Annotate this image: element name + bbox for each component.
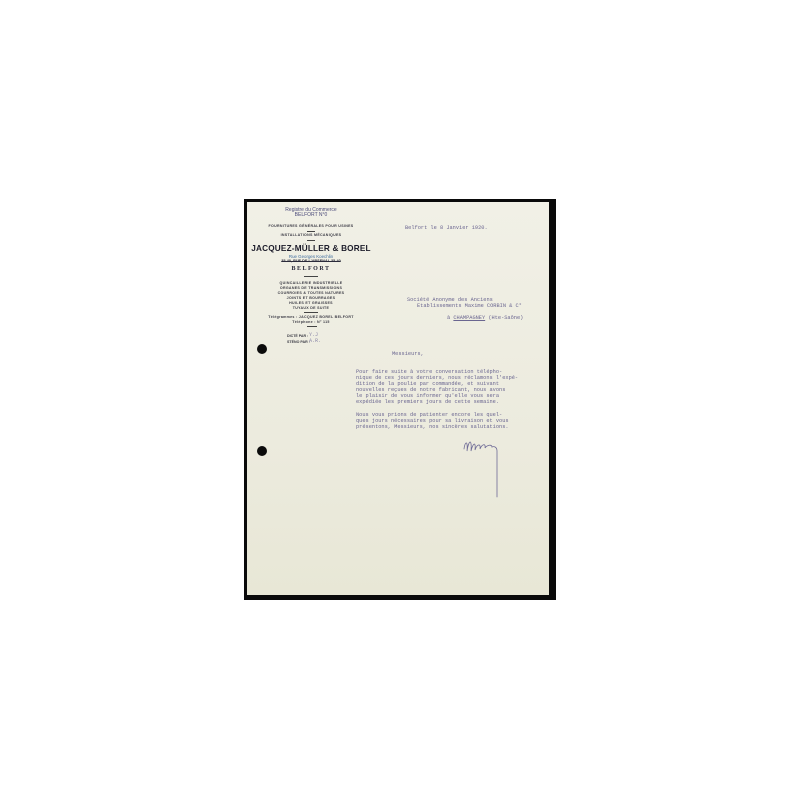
specialty-item: ORGANES DE TRANSMISSIONS (247, 286, 375, 290)
recipient-city: CHAMPAGNEY (453, 315, 485, 321)
divider (307, 240, 315, 241)
date-line: Belfort le 8 Janvier 1920. (405, 225, 488, 231)
typed-by-value: A.R. (309, 338, 321, 344)
telegram-address: Télégrammes : JACQUEZ BOREL BELFORT (247, 315, 375, 319)
divider (304, 276, 318, 277)
recipient-city-prefix: à (447, 315, 450, 321)
dictated-by-label: DICTÉ PAR : (287, 334, 308, 338)
city-heading: BELFORT (247, 266, 375, 272)
telephone-number: Téléphone : N° 115 (247, 320, 375, 324)
specialty-item: TUYAUX DE SUITE (247, 306, 375, 310)
specialty-item: HUILES ET GRAISSES (247, 301, 375, 305)
salutation: Messieurs, (392, 351, 424, 357)
punch-hole-bottom (257, 446, 267, 456)
divider (304, 312, 318, 313)
divider (307, 231, 315, 232)
letter-page: Registre du Commerce BELFORT N°0 FOURNIT… (247, 202, 549, 595)
body-line: expédiée les premiers jours de cette sem… (356, 399, 499, 405)
firm-name: JACQUEZ-MÜLLER & BOREL (247, 244, 375, 253)
recipient-line2: Etablissements Maxime CORBIN & C° (417, 303, 522, 309)
recipient-region: (Hte-Saône) (488, 315, 523, 321)
specialty-item: COURROIES & TOUTES NATURES (247, 291, 375, 295)
registry-stamp-line2: BELFORT N°0 (247, 213, 375, 218)
recipient-city-line: à CHAMPAGNEY (Hte-Saône) (447, 315, 523, 321)
specialty-item: JOINTS ET BOURRAGES (247, 296, 375, 300)
divider (307, 326, 317, 327)
body-line: présentons, Messieurs, nos sincères salu… (356, 424, 509, 430)
handwritten-signature (462, 435, 512, 505)
services-line1: FOURNITURES GÉNÉRALES POUR USINES (247, 224, 375, 228)
address-struck: 35-40, RUE DE L'ARSENAL 35-40 (247, 259, 375, 263)
typed-by-label: STÉNO PAR : (287, 340, 310, 344)
specialty-item: QUINCAILLERIE INDUSTRIELLE (247, 281, 375, 285)
punch-hole-top (257, 344, 267, 354)
services-line2: INSTALLATIONS MÉCANIQUES (247, 233, 375, 237)
